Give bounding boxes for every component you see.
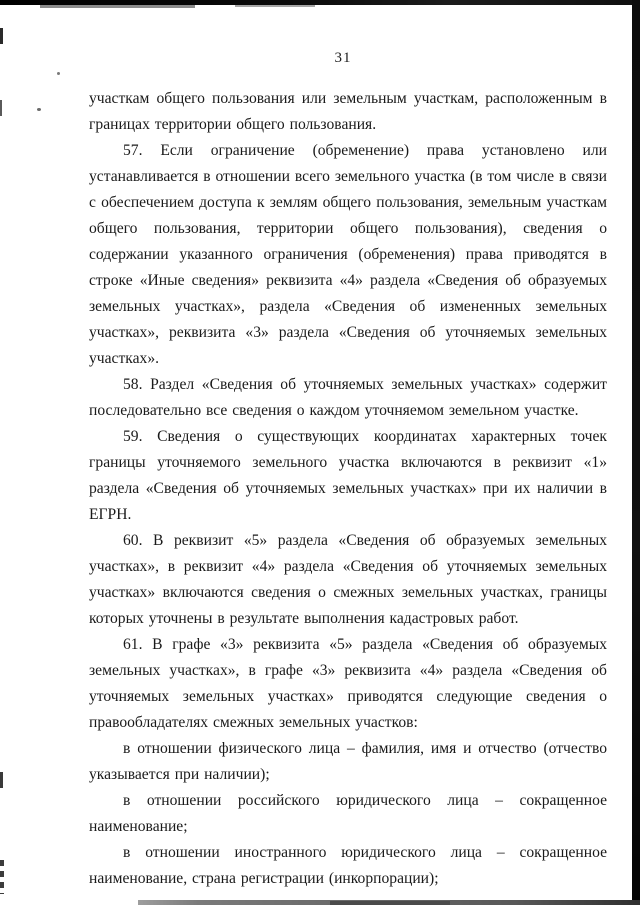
scan-speck [57,72,60,75]
scan-artifact-left-mark [0,860,4,894]
paragraph-continuation: участкам общего пользования или земельны… [89,86,607,138]
document-page: 31 участкам общего пользования или земел… [0,0,640,905]
paragraph-60: 60. В реквизит «5» раздела «Сведения об … [89,528,607,632]
scan-edge-right [632,0,640,905]
scan-artifact-bottom-dark [330,901,450,905]
scan-artifact-top-gray [235,5,315,7]
scan-artifact-left-mark [0,28,3,44]
scan-artifact-left-mark [0,772,3,788]
document-body: участкам общего пользования или земельны… [89,86,607,892]
scan-speck [37,108,41,111]
paragraph-61: 61. В графе «3» реквизита «5» раздела «С… [89,632,607,736]
scan-artifact-left-mark [0,100,2,116]
page-number: 31 [0,50,640,67]
paragraph-58: 58. Раздел «Сведения об уточняемых земел… [89,372,607,424]
paragraph-61-item-russian-entity: в отношении российского юридического лиц… [89,788,607,840]
paragraph-61-item-individual: в отношении физического лица – фамилия, … [89,736,607,788]
paragraph-57: 57. Если ограничение (обременение) права… [89,138,607,372]
paragraph-61-item-foreign-entity: в отношении иностранного юридического ли… [89,840,607,892]
scan-artifact-top-gray [40,5,195,8]
paragraph-59: 59. Сведения о существующих координатах … [89,424,607,528]
